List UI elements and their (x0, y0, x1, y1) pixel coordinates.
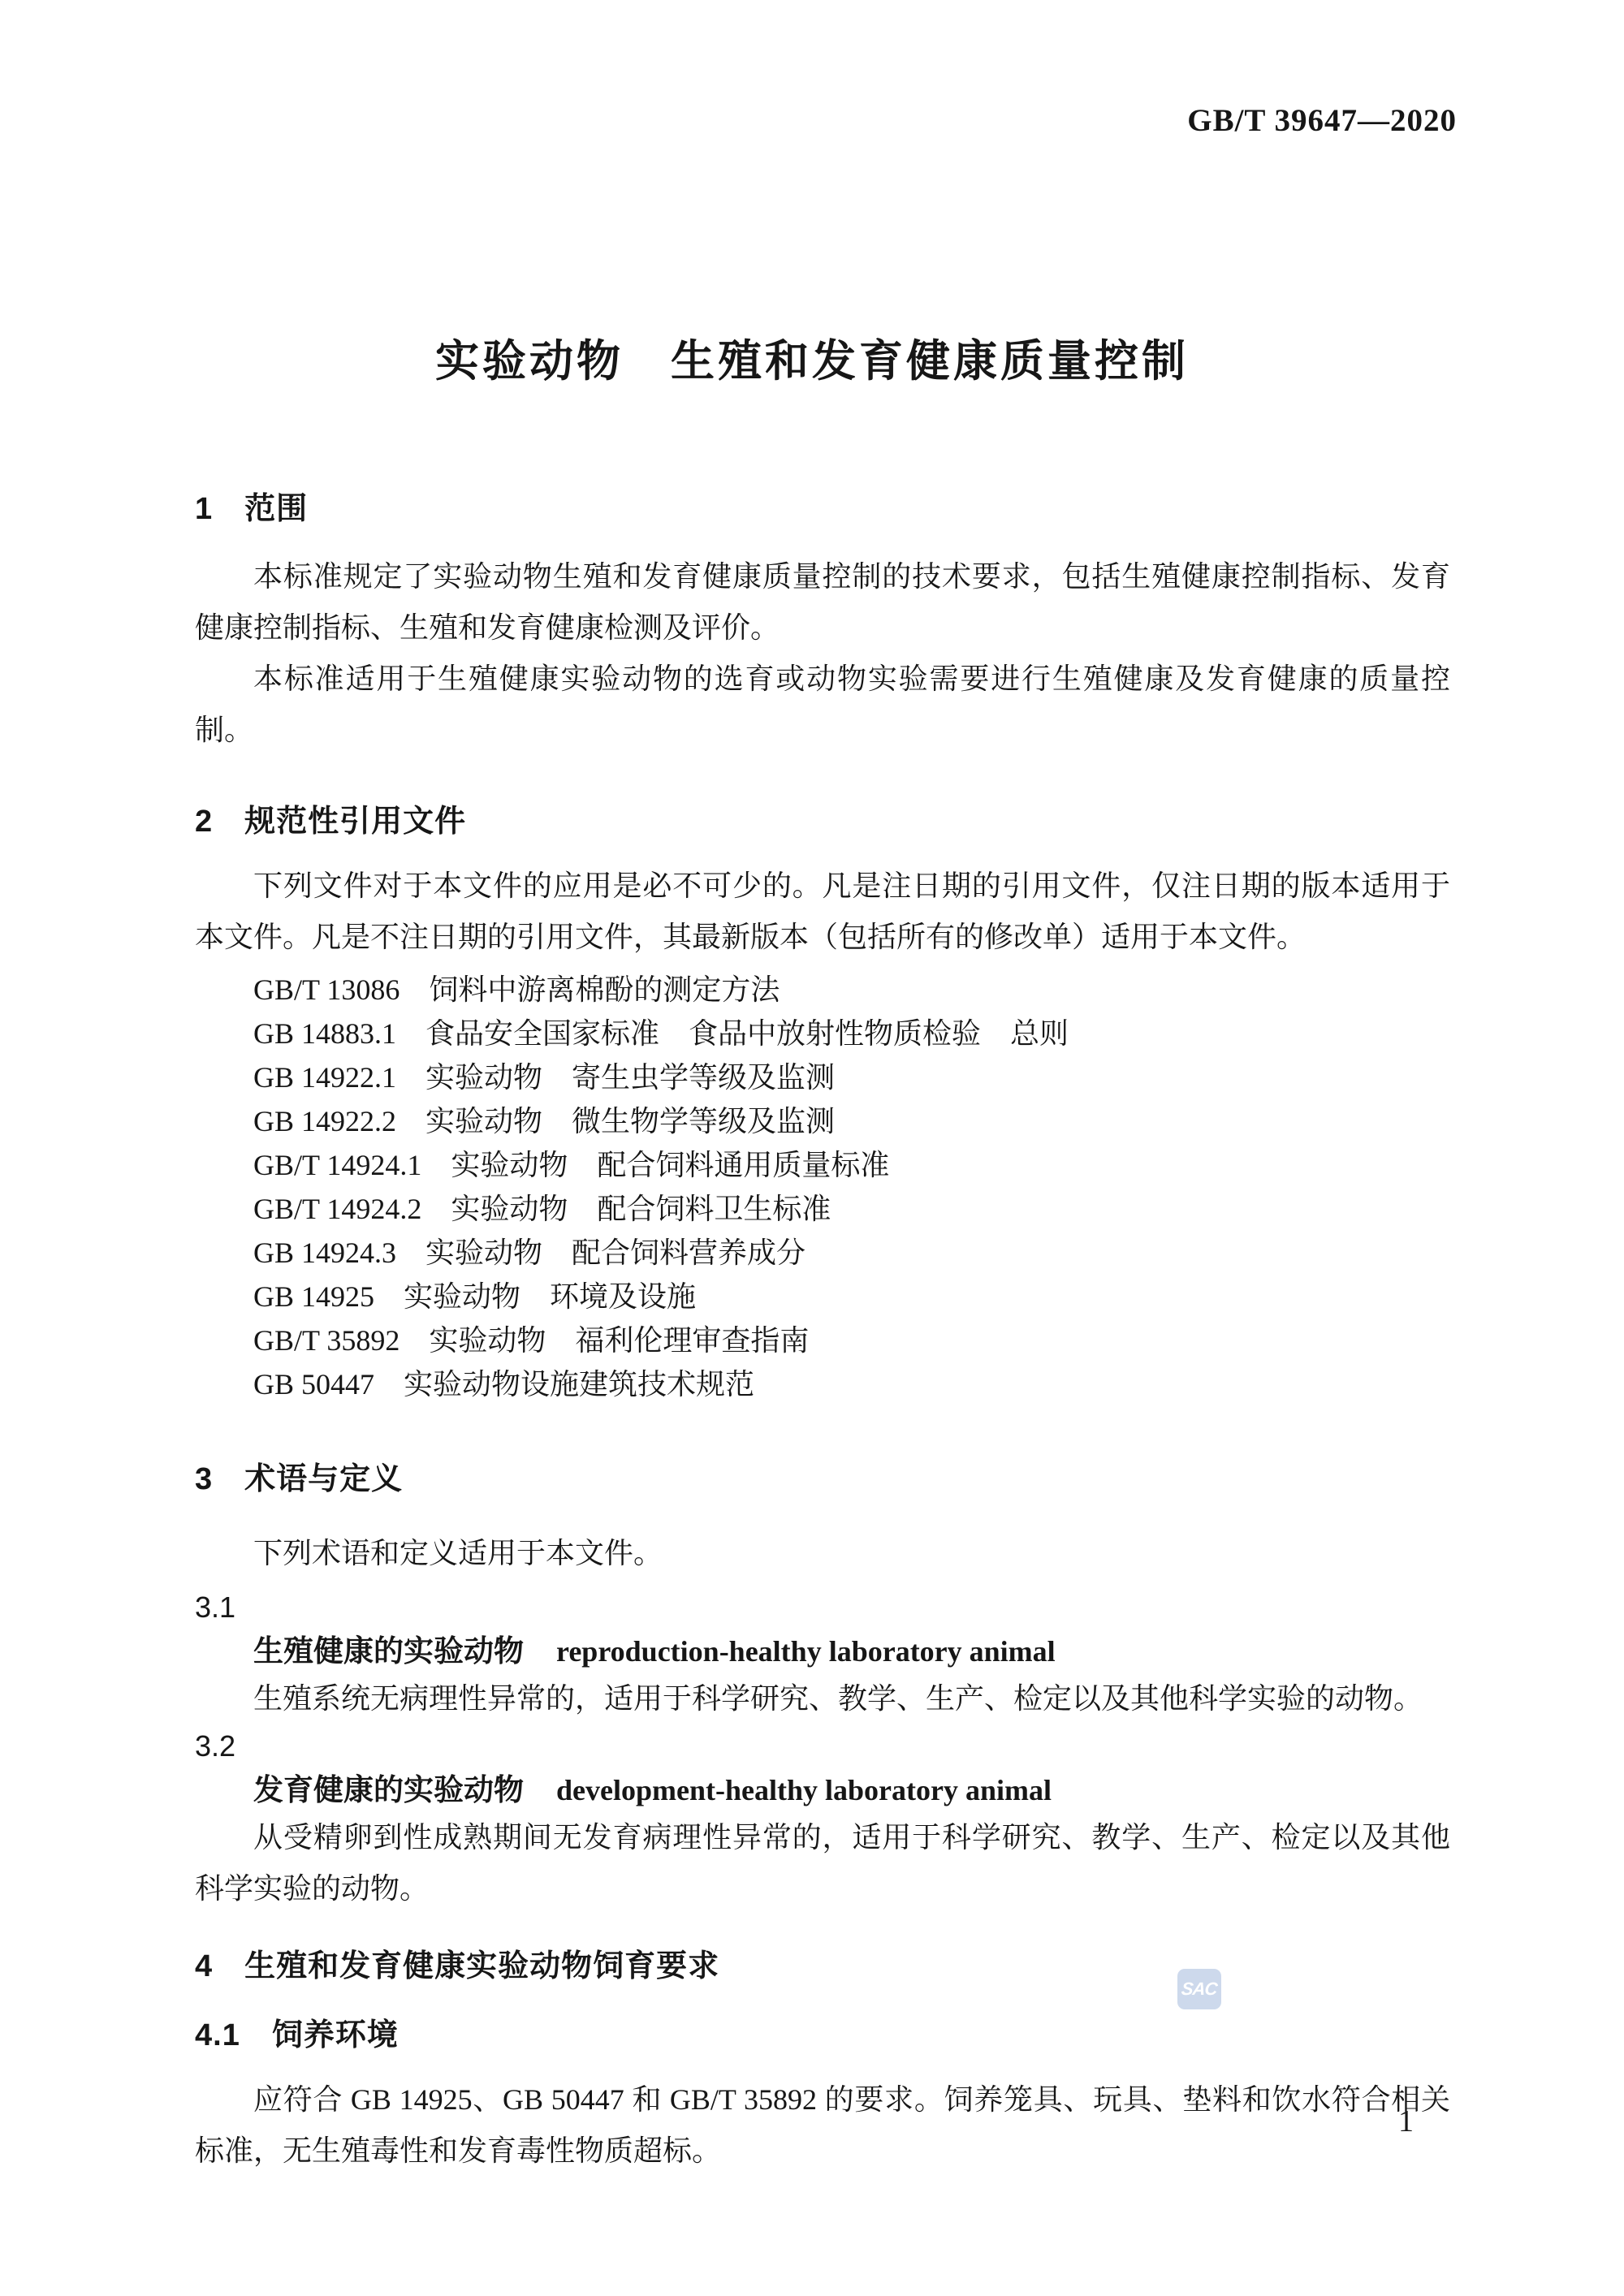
document-page: GB/T 39647—2020 实验动物 生殖和发育健康质量控制 1 范围 本标… (0, 0, 1624, 2296)
section-1-paragraph-2: 本标准适用于生殖健康实验动物的选育或动物实验需要进行生殖健康及发育健康的质量控制… (195, 654, 1450, 756)
term-2-name-en: development-healthy laboratory animal (556, 1774, 1052, 1806)
section-4-heading: 4 生殖和发育健康实验动物饲育要求 (195, 1951, 1450, 1982)
reference-item: GB/T 14924.2 实验动物 配合饲料卫生标准 (195, 1187, 1450, 1231)
reference-item: GB/T 13086 饲料中游离棉酚的测定方法 (195, 968, 1450, 1012)
term-2-number: 3.2 (195, 1724, 1450, 1768)
term-2-definition: 从受精卵到性成熟期间无发育病理性异常的，适用于科学研究、教学、生产、检定以及其他… (195, 1812, 1450, 1914)
normative-references-list: GB/T 13086 饲料中游离棉酚的测定方法 GB 14883.1 食品安全国… (195, 968, 1450, 1406)
reference-item: GB 14925 实验动物 环境及设施 (195, 1275, 1450, 1318)
term-1-name: 生殖健康的实验动物reproduction-healthy laboratory… (195, 1629, 1450, 1673)
page-number: 1 (1398, 2106, 1414, 2137)
section-2-heading: 2 规范性引用文件 (195, 806, 1450, 837)
reference-item: GB 14924.3 实验动物 配合饲料营养成分 (195, 1231, 1450, 1275)
term-2-name-zh: 发育健康的实验动物 (253, 1773, 524, 1806)
sac-watermark-logo: SAC (1177, 1969, 1221, 2009)
section-3-intro: 下列术语和定义适用于本文件。 (195, 1528, 1450, 1579)
section-4-1-heading: 4.1 饲养环境 (195, 2020, 1450, 2051)
section-4-1-paragraph: 应符合 GB 14925、GB 50447 和 GB/T 35892 的要求。饲… (195, 2074, 1450, 2177)
sac-watermark-text: SAC (1181, 1979, 1218, 2000)
term-1-number: 3.1 (195, 1586, 1450, 1629)
reference-item: GB/T 35892 实验动物 福利伦理审查指南 (195, 1318, 1450, 1362)
term-1-name-en: reproduction-healthy laboratory animal (556, 1635, 1056, 1668)
term-2-name: 发育健康的实验动物development-healthy laboratory … (195, 1768, 1450, 1812)
term-1-name-zh: 生殖健康的实验动物 (253, 1634, 524, 1668)
section-3-heading: 3 术语与定义 (195, 1464, 1450, 1495)
section-1-heading: 1 范围 (195, 494, 1450, 524)
reference-item: GB 50447 实验动物设施建筑技术规范 (195, 1362, 1450, 1406)
reference-item: GB/T 14924.1 实验动物 配合饲料通用质量标准 (195, 1143, 1450, 1187)
term-1-definition: 生殖系统无病理性异常的，适用于科学研究、教学、生产、检定以及其他科学实验的动物。 (195, 1673, 1450, 1724)
reference-item: GB 14883.1 食品安全国家标准 食品中放射性物质检验 总则 (195, 1012, 1450, 1055)
reference-item: GB 14922.1 实验动物 寄生虫学等级及监测 (195, 1055, 1450, 1099)
section-2-intro: 下列文件对于本文件的应用是必不可少的。凡是注日期的引用文件，仅注日期的版本适用于… (195, 861, 1450, 963)
document-body: 1 范围 本标准规定了实验动物生殖和发育健康质量控制的技术要求，包括生殖健康控制… (195, 0, 1450, 2177)
reference-item: GB 14922.2 实验动物 微生物学等级及监测 (195, 1099, 1450, 1143)
section-1-paragraph-1: 本标准规定了实验动物生殖和发育健康质量控制的技术要求，包括生殖健康控制指标、发育… (195, 551, 1450, 654)
